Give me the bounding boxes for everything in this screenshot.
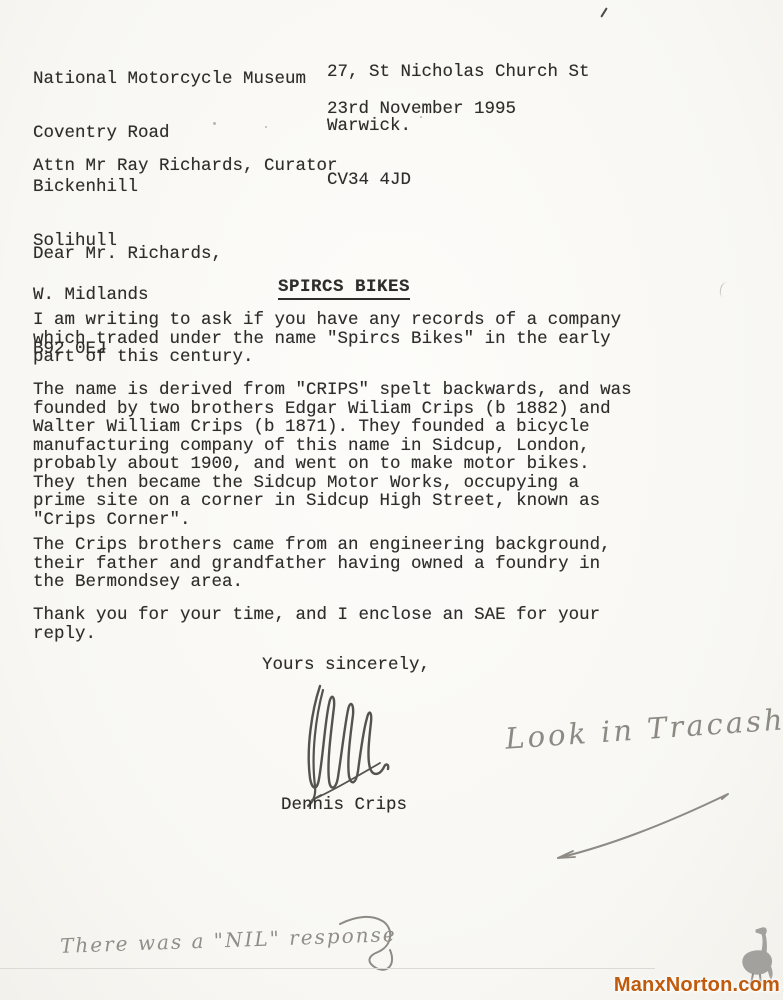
sender-address-line: 27, St Nicholas Church St [327, 63, 590, 81]
scan-smudge [718, 281, 733, 299]
watermark-text: ManxNorton.com [614, 974, 780, 997]
scanned-letter-page: National Motorcycle Museum Coventry Road… [0, 0, 783, 1000]
salutation: Dear Mr. Richards, [33, 245, 222, 264]
recipient-address-line: National Motorcycle Museum [33, 70, 306, 88]
body-paragraph-3: The Crips brothers came from an engineer… [33, 536, 611, 592]
signature-scribble [290, 676, 395, 811]
attention-line: Attn Mr Ray Richards, Curator [33, 157, 338, 176]
body-paragraph-4: Thank you for your time, and I enclose a… [33, 606, 600, 643]
scan-speck [420, 116, 422, 118]
handwritten-note-right: Look in Tracash [504, 702, 783, 756]
recipient-address-line: Bickenhill [33, 178, 306, 196]
signatory-name: Dennis Crips [281, 796, 407, 815]
annotation-arrow-icon [548, 788, 738, 866]
body-paragraph-1: I am writing to ask if you have any reco… [33, 311, 621, 367]
sender-address-line: Warwick. [327, 117, 590, 135]
scan-speck [213, 122, 216, 125]
closing-line: Yours sincerely, [262, 656, 430, 675]
sender-address: 27, St Nicholas Church St Warwick. CV34 … [327, 27, 590, 225]
subject-heading: SPIRCS BIKES [278, 278, 410, 300]
stray-pen-mark [600, 7, 608, 17]
note-flourish [336, 912, 400, 996]
scan-speck [265, 126, 267, 128]
recipient-address-line: W. Midlands [33, 286, 306, 304]
body-paragraph-2: The name is derived from "CRIPS" spelt b… [33, 381, 632, 529]
sender-address-line: CV34 4JD [327, 171, 590, 189]
scan-artifact-line [0, 968, 655, 969]
